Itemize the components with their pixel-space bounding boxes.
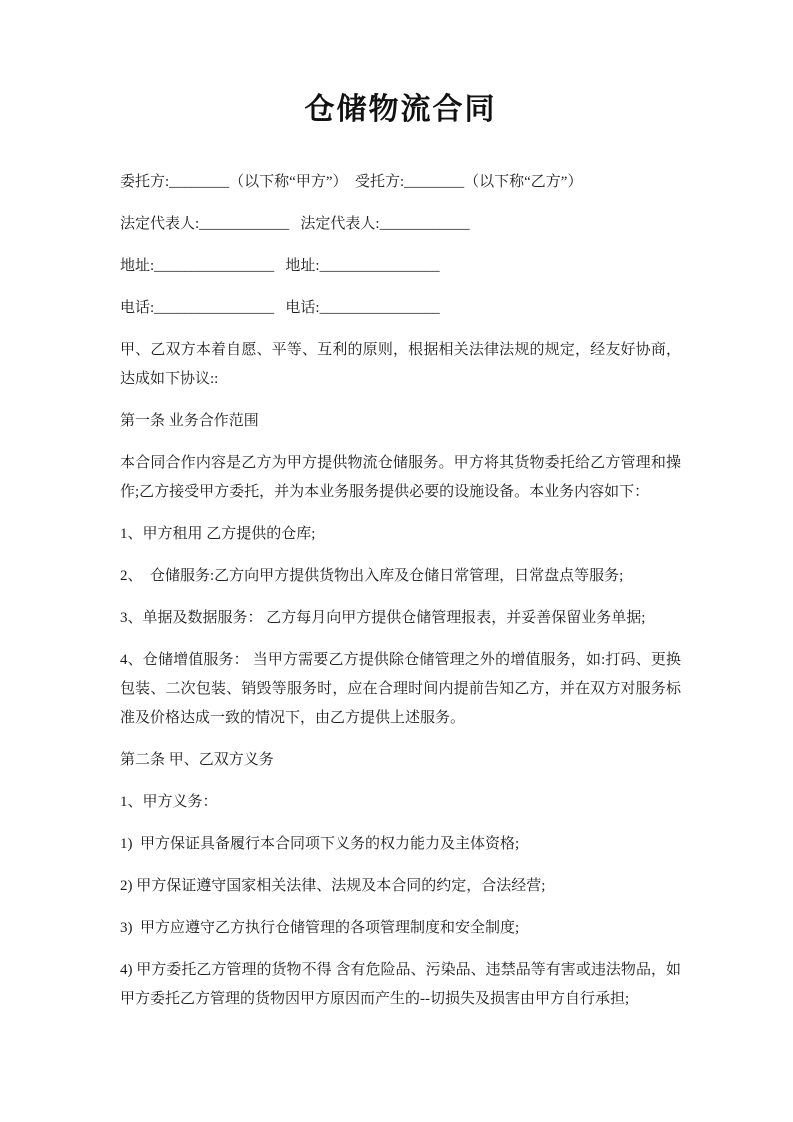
- service-item-1: 1、甲方租用 乙方提供的仓库;: [120, 520, 681, 549]
- contract-body: 委托方:________（以下称“甲方”） 受托方:________（以下称“乙…: [120, 168, 681, 1014]
- address-line: 地址:________________ 地址:________________: [120, 252, 681, 281]
- legal-representatives-line: 法定代表人:____________ 法定代表人:____________: [120, 210, 681, 239]
- service-item-2: 2、 仓储服务:乙方向甲方提供货物出入库及仓储日常管理，日常盘点等服务;: [120, 562, 681, 591]
- article-1-intro: 本合同合作内容是乙方为甲方提供物流仓储服务。甲方将其货物委托给乙方管理和操作;乙…: [120, 449, 681, 507]
- obligation-3: 3) 甲方应遵守乙方执行仓储管理的各项管理制度和安全制度;: [120, 914, 681, 943]
- party-a-obligations-heading: 1、甲方义务：: [120, 788, 681, 817]
- obligation-2: 2) 甲方保证遵守国家相关法律、法规及本合同的约定，合法经营;: [120, 872, 681, 901]
- service-item-3: 3、单据及数据服务： 乙方每月向甲方提供仓储管理报表，并妥善保留业务单据;: [120, 604, 681, 633]
- obligation-1: 1) 甲方保证具备履行本合同项下义务的权力能力及主体资格;: [120, 830, 681, 859]
- article-1-heading: 第一条 业务合作范围: [120, 407, 681, 436]
- service-item-4: 4、仓储增值服务： 当甲方需要乙方提供除仓储管理之外的增值服务，如:打码、更换包…: [120, 646, 681, 733]
- phone-line: 电话:________________ 电话:________________: [120, 294, 681, 323]
- obligation-4: 4) 甲方委托乙方管理的货物不得 含有危险品、污染品、违禁品等有害或违法物品，如…: [120, 956, 681, 1014]
- contract-page: 仓储物流合同 委托方:________（以下称“甲方”） 受托方:_______…: [0, 0, 793, 1122]
- article-2-heading: 第二条 甲、乙双方义务: [120, 746, 681, 775]
- document-title: 仓储物流合同: [120, 88, 681, 132]
- preamble: 甲、乙双方本着自愿、平等、互利的原则，根据相关法律法规的规定，经友好协商，达成如…: [120, 336, 681, 394]
- parties-line: 委托方:________（以下称“甲方”） 受托方:________（以下称“乙…: [120, 168, 681, 197]
